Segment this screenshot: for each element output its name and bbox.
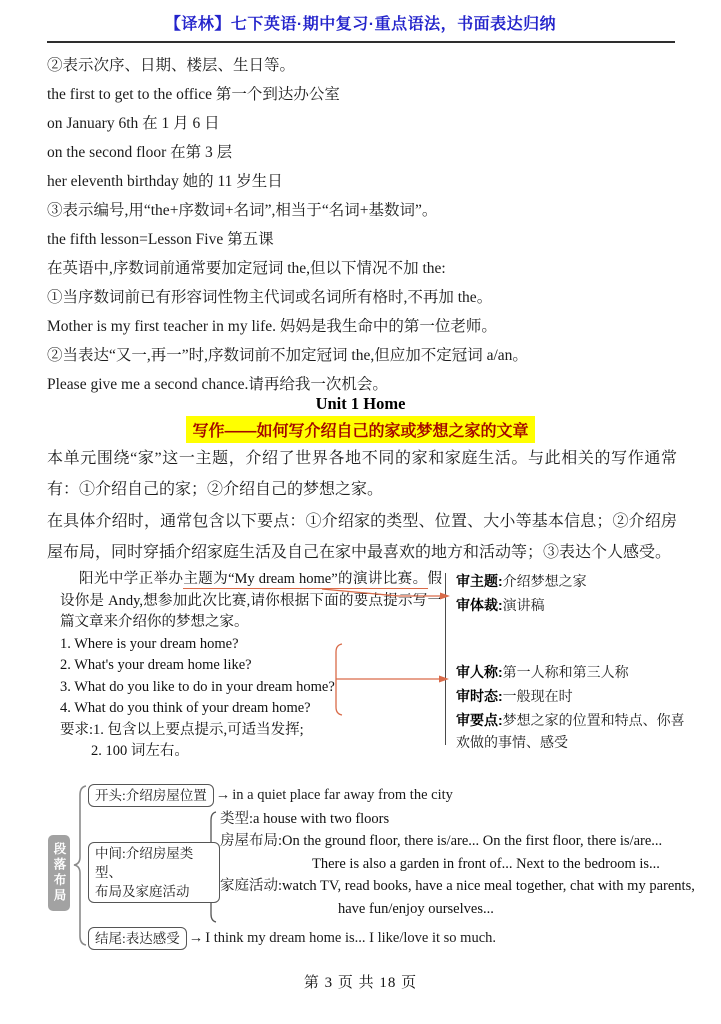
grammar-line: the first to get to the office 第一个到达办公室	[47, 78, 687, 107]
grammar-line: on the second floor 在第 3 层	[47, 136, 687, 165]
highlight-title-row: 写作——如何写介绍自己的家或梦想之家的文章	[0, 416, 721, 443]
intro-paragraph-2: 在具体介绍时，通常包含以下要点：①介绍家的类型、位置、大小等基本信息；②介绍房屋…	[47, 506, 677, 568]
exercise-requirement-1: 要求:1. 包含以上要点提示,可适当发挥;	[60, 720, 442, 742]
ending-box: 结尾:表达感受	[88, 927, 187, 950]
page-header-title: 【译林】七下英语·期中复习·重点语法，书面表达归纳	[0, 11, 721, 34]
exercise-prompt: 阳光中学正举办主题为“My dream home”的演讲比赛。假设你是 Andy…	[60, 569, 442, 634]
grammar-line: Please give me a second chance.请再给我一次机会。	[47, 368, 687, 397]
ending-row: 结尾:表达感受 → I think my dream home is... I …	[88, 927, 496, 950]
annotation-label: 审体裁:	[456, 597, 503, 613]
grammar-line: on January 6th 在 1 月 6 日	[47, 107, 687, 136]
right-arrow-icon: →	[189, 930, 204, 947]
grammar-line: 在英语中,序数词前通常要加定冠词 the,但以下情况不加 the:	[47, 252, 687, 281]
grammar-line: ③表示编号,用“the+序数词+名词”,相当于“名词+基数词”。	[47, 194, 687, 223]
grammar-line: her eleventh birthday 她的 11 岁生日	[47, 165, 687, 194]
annotation-line: 审体裁:演讲稿	[456, 594, 688, 618]
document-page: 【译林】七下英语·期中复习·重点语法，书面表达归纳 ②表示次序、日期、楼层、生日…	[0, 0, 721, 1024]
annotation-label: 审主题:	[456, 573, 503, 589]
right-arrow-icon: →	[216, 787, 231, 804]
paragraph-structure-diagram: 段落布局 开头:介绍房屋位置 → in a quiet place far aw…	[0, 778, 721, 962]
exercise-question: 4. What do you think of your dream home?	[60, 698, 442, 720]
page-number-footer: 第 3 页 共 18 页	[0, 971, 721, 992]
activity-line-2: have fun/enjoy ourselves...	[220, 898, 714, 920]
middle-details: 类型:a house with two floors 房屋布局:On the g…	[220, 808, 714, 920]
middle-box-line2: 布局及家庭活动	[95, 882, 213, 901]
prompt-before: 阳光中学正举办	[79, 571, 183, 587]
exercise-figure: 阳光中学正举办主题为“My dream home”的演讲比赛。假设你是 Andy…	[0, 566, 721, 770]
grammar-line: Mother is my first teacher in my life. 妈…	[47, 310, 687, 339]
annotation-label: 审时态:	[456, 688, 503, 704]
annotation-value: 介绍梦想之家	[503, 575, 587, 590]
activity-label: 家庭活动:	[220, 878, 282, 894]
annotation-label: 审人称:	[456, 664, 503, 680]
layout-line-2: There is also a garden in front of... Ne…	[220, 853, 714, 875]
grammar-line: ②表示次序、日期、楼层、生日等。	[47, 49, 687, 78]
beginning-row: 开头:介绍房屋位置 → in a quiet place far away fr…	[88, 784, 453, 807]
main-brace	[74, 786, 86, 945]
annotation-line: 审要点:梦想之家的位置和特点、你喜欢做的事情、感受	[456, 709, 688, 755]
layout-label: 房屋布局:	[220, 833, 282, 849]
annotation-separator-line	[445, 573, 446, 745]
exercise-question: 3. What do you like to do in your dream …	[60, 677, 442, 699]
grammar-notes-section: ②表示次序、日期、楼层、生日等。 the first to get to the…	[47, 49, 687, 397]
prompt-underlined: 主题为“My dream home”的演讲比赛。	[183, 571, 427, 589]
middle-box: 中间:介绍房屋类型、 布局及家庭活动	[88, 842, 220, 903]
exercise-prompt-block: 阳光中学正举办主题为“My dream home”的演讲比赛。假设你是 Andy…	[60, 569, 442, 763]
layout-line-1: 房屋布局:On the ground floor, there is/are..…	[220, 830, 714, 852]
highlighted-topic-title: 写作——如何写介绍自己的家或梦想之家的文章	[186, 416, 534, 443]
beginning-example: in a quiet place far away from the city	[232, 787, 453, 804]
annotation-line: 审时态:一般现在时	[456, 685, 688, 709]
annotation-block: 审主题:介绍梦想之家 审体裁:演讲稿 审人称:第一人称和第三人称 审时态:一般现…	[456, 570, 688, 755]
middle-box-line1: 中间:介绍房屋类型、	[95, 844, 213, 882]
exercise-question: 2. What's your dream home like?	[60, 655, 442, 677]
activity-line-1: 家庭活动:watch TV, read books, have a nice m…	[220, 875, 714, 897]
grammar-line: ②当表达“又一,再一”时,序数词前不加定冠词 the,但应加不定冠词 a/an。	[47, 339, 687, 368]
unit-title: Unit 1 Home	[0, 394, 721, 414]
layout-text-1: On the ground floor, there is/are... On …	[282, 833, 662, 849]
exercise-question: 1. Where is your dream home?	[60, 634, 442, 656]
activity-text-1: watch TV, read books, have a nice meal t…	[282, 878, 695, 894]
annotation-line: 审人称:第一人称和第三人称	[456, 661, 688, 685]
grammar-line: ①当序数词前已有形容词性物主代词或名词所有格时,不再加 the。	[47, 281, 687, 310]
structure-tag: 段落布局	[48, 835, 70, 911]
annotation-value: 第一人称和第三人称	[503, 666, 629, 681]
annotation-label: 审要点:	[456, 712, 503, 728]
exercise-requirement-2: 2. 100 词左右。	[60, 741, 442, 763]
type-label: 类型:	[220, 811, 253, 827]
header-divider	[47, 41, 675, 43]
type-line: 类型:a house with two floors	[220, 808, 714, 830]
annotation-value: 一般现在时	[503, 690, 573, 705]
beginning-box: 开头:介绍房屋位置	[88, 784, 214, 807]
annotation-value: 演讲稿	[503, 599, 545, 614]
intro-paragraph-1: 本单元围绕“家”这一主题，介绍了世界各地不同的家和家庭生活。与此相关的写作通常有…	[47, 443, 677, 505]
annotation-line: 审主题:介绍梦想之家	[456, 570, 688, 594]
type-text: a house with two floors	[253, 811, 389, 827]
ending-example: I think my dream home is... I like/love …	[205, 930, 496, 947]
grammar-line: the fifth lesson=Lesson Five 第五课	[47, 223, 687, 252]
